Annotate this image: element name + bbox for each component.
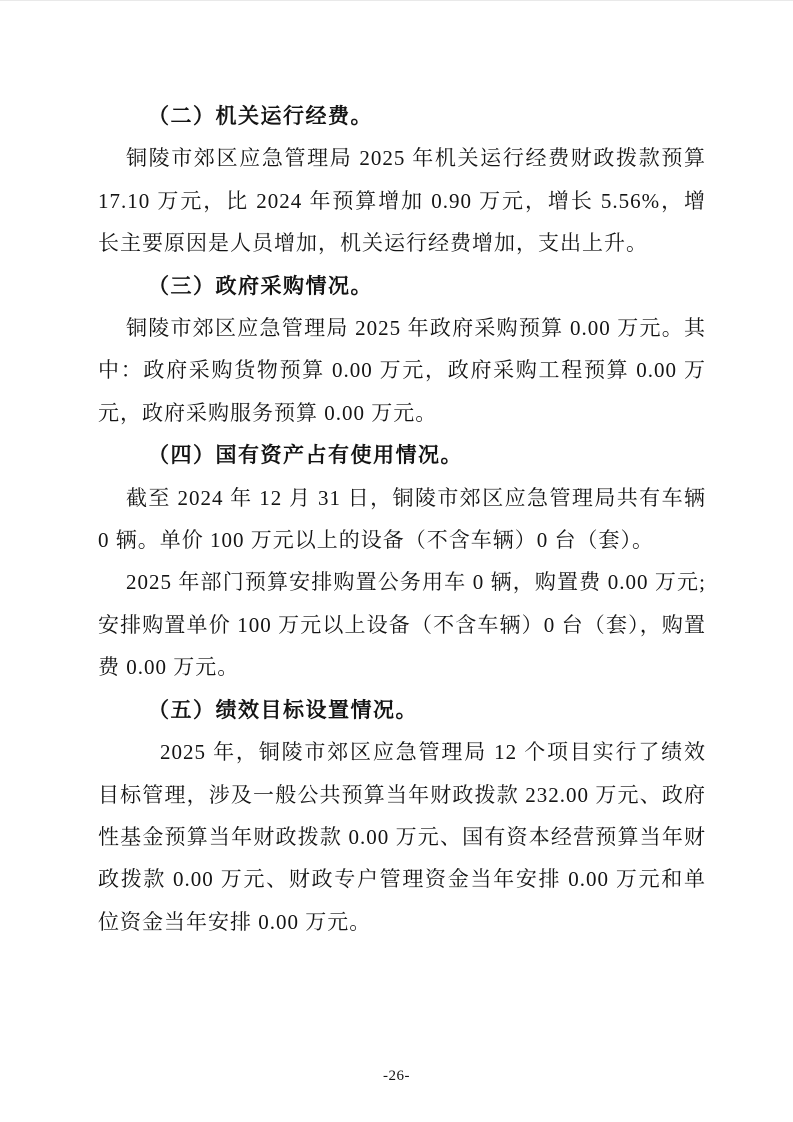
section-heading-agency-operating-funds: （二）机关运行经费。 <box>98 95 706 137</box>
paragraph-government-procurement: 铜陵市郊区应急管理局 2025 年政府采购预算 0.00 万元。其中：政府采购货… <box>98 307 706 434</box>
paragraph-agency-operating-funds: 铜陵市郊区应急管理局 2025 年机关运行经费财政拨款预算 17.10 万元，比… <box>98 137 706 264</box>
paragraph-state-owned-assets-vehicles: 截至 2024 年 12 月 31 日，铜陵市郊区应急管理局共有车辆 0 辆。单… <box>98 477 706 562</box>
document-body: （二）机关运行经费。 铜陵市郊区应急管理局 2025 年机关运行经费财政拨款预算… <box>98 95 706 943</box>
page-number: -26- <box>0 1068 793 1085</box>
section-heading-state-owned-assets: （四）国有资产占有使用情况。 <box>98 434 706 476</box>
section-heading-government-procurement: （三）政府采购情况。 <box>98 265 706 307</box>
paragraph-performance-targets: 2025 年，铜陵市郊区应急管理局 12 个项目实行了绩效目标管理，涉及一般公共… <box>98 731 706 943</box>
document-page: （二）机关运行经费。 铜陵市郊区应急管理局 2025 年机关运行经费财政拨款预算… <box>0 0 793 1122</box>
section-heading-performance-targets: （五）绩效目标设置情况。 <box>98 689 706 731</box>
paragraph-state-owned-assets-purchases: 2025 年部门预算安排购置公务用车 0 辆，购置费 0.00 万元; 安排购置… <box>98 561 706 688</box>
